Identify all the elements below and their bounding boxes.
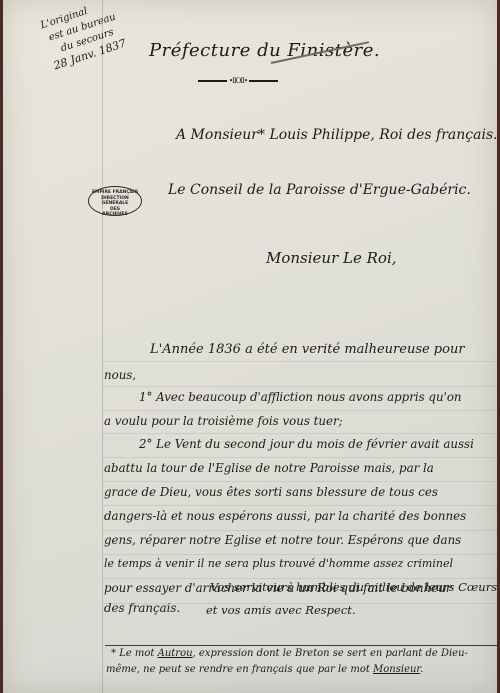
body-line: des français. [104,601,180,615]
body-line: 1° Avec beaucoup d'affliction nous avons… [139,390,462,404]
body-line: nous, [104,368,136,382]
footnote-term-autrou: Autrou [158,648,193,659]
document-page: L'original est au bureau du secours 28 J… [3,0,497,693]
archives-stamp: EMPIRE FRANÇAIS DIRECTION GÉNÉRALE DES A… [88,186,142,216]
body-line: abattu la tour de l'Eglise de notre Paro… [104,461,434,475]
header-ornament: •IIOII• [198,79,278,82]
footnote-marker: * [111,648,116,659]
ruled-line [102,457,497,458]
sender-line: Le Conseil de la Paroisse d'Ergue-Gabéri… [168,182,471,198]
closing-line: Vos serviteurs humbles du milieu de leur… [210,580,497,594]
margin-line [102,0,103,693]
body-line: grace de Dieu, vous êtes sorti sans bles… [104,485,438,499]
ruled-line [102,433,497,434]
body-line: gens, réparer notre Eglise et notre tour… [104,533,461,547]
salutation: Monsieur Le Roi, [266,249,397,267]
footnote-line: * Le mot Autrou, expression dont le Bret… [111,648,468,659]
ruled-line [102,481,497,482]
prefecture-title: Préfecture du Finistère. [149,40,380,61]
body-line: dangers-là et nous espérons aussi, par l… [104,509,466,523]
ruled-line [102,505,497,506]
footnote-rule [105,645,497,646]
margin-note: L'original est au bureau du secours 28 J… [39,0,151,73]
addressee-line: A Monsieur* Louis Philippe, Roi des fran… [176,127,498,143]
footnote-term-monsieur: Monsieur [373,664,420,675]
ruled-line [102,361,497,362]
body-line: L'Année 1836 a été en verité malheureuse… [150,342,465,357]
footnote-line: même, ne peut se rendre en français que … [106,664,423,675]
body-line: 2° Le Vent du second jour du mois de fév… [139,437,474,451]
body-line: a voulu pour la troisième fois vous tuer… [104,414,343,428]
ruled-line [102,578,497,579]
ruled-line [102,386,497,387]
ruled-line [102,530,497,531]
ruled-line [102,410,497,411]
closing-line: et vos amis avec Respect. [206,603,356,617]
body-line: le temps à venir il ne sera plus trouvé … [104,557,453,570]
ruled-line [102,554,497,555]
